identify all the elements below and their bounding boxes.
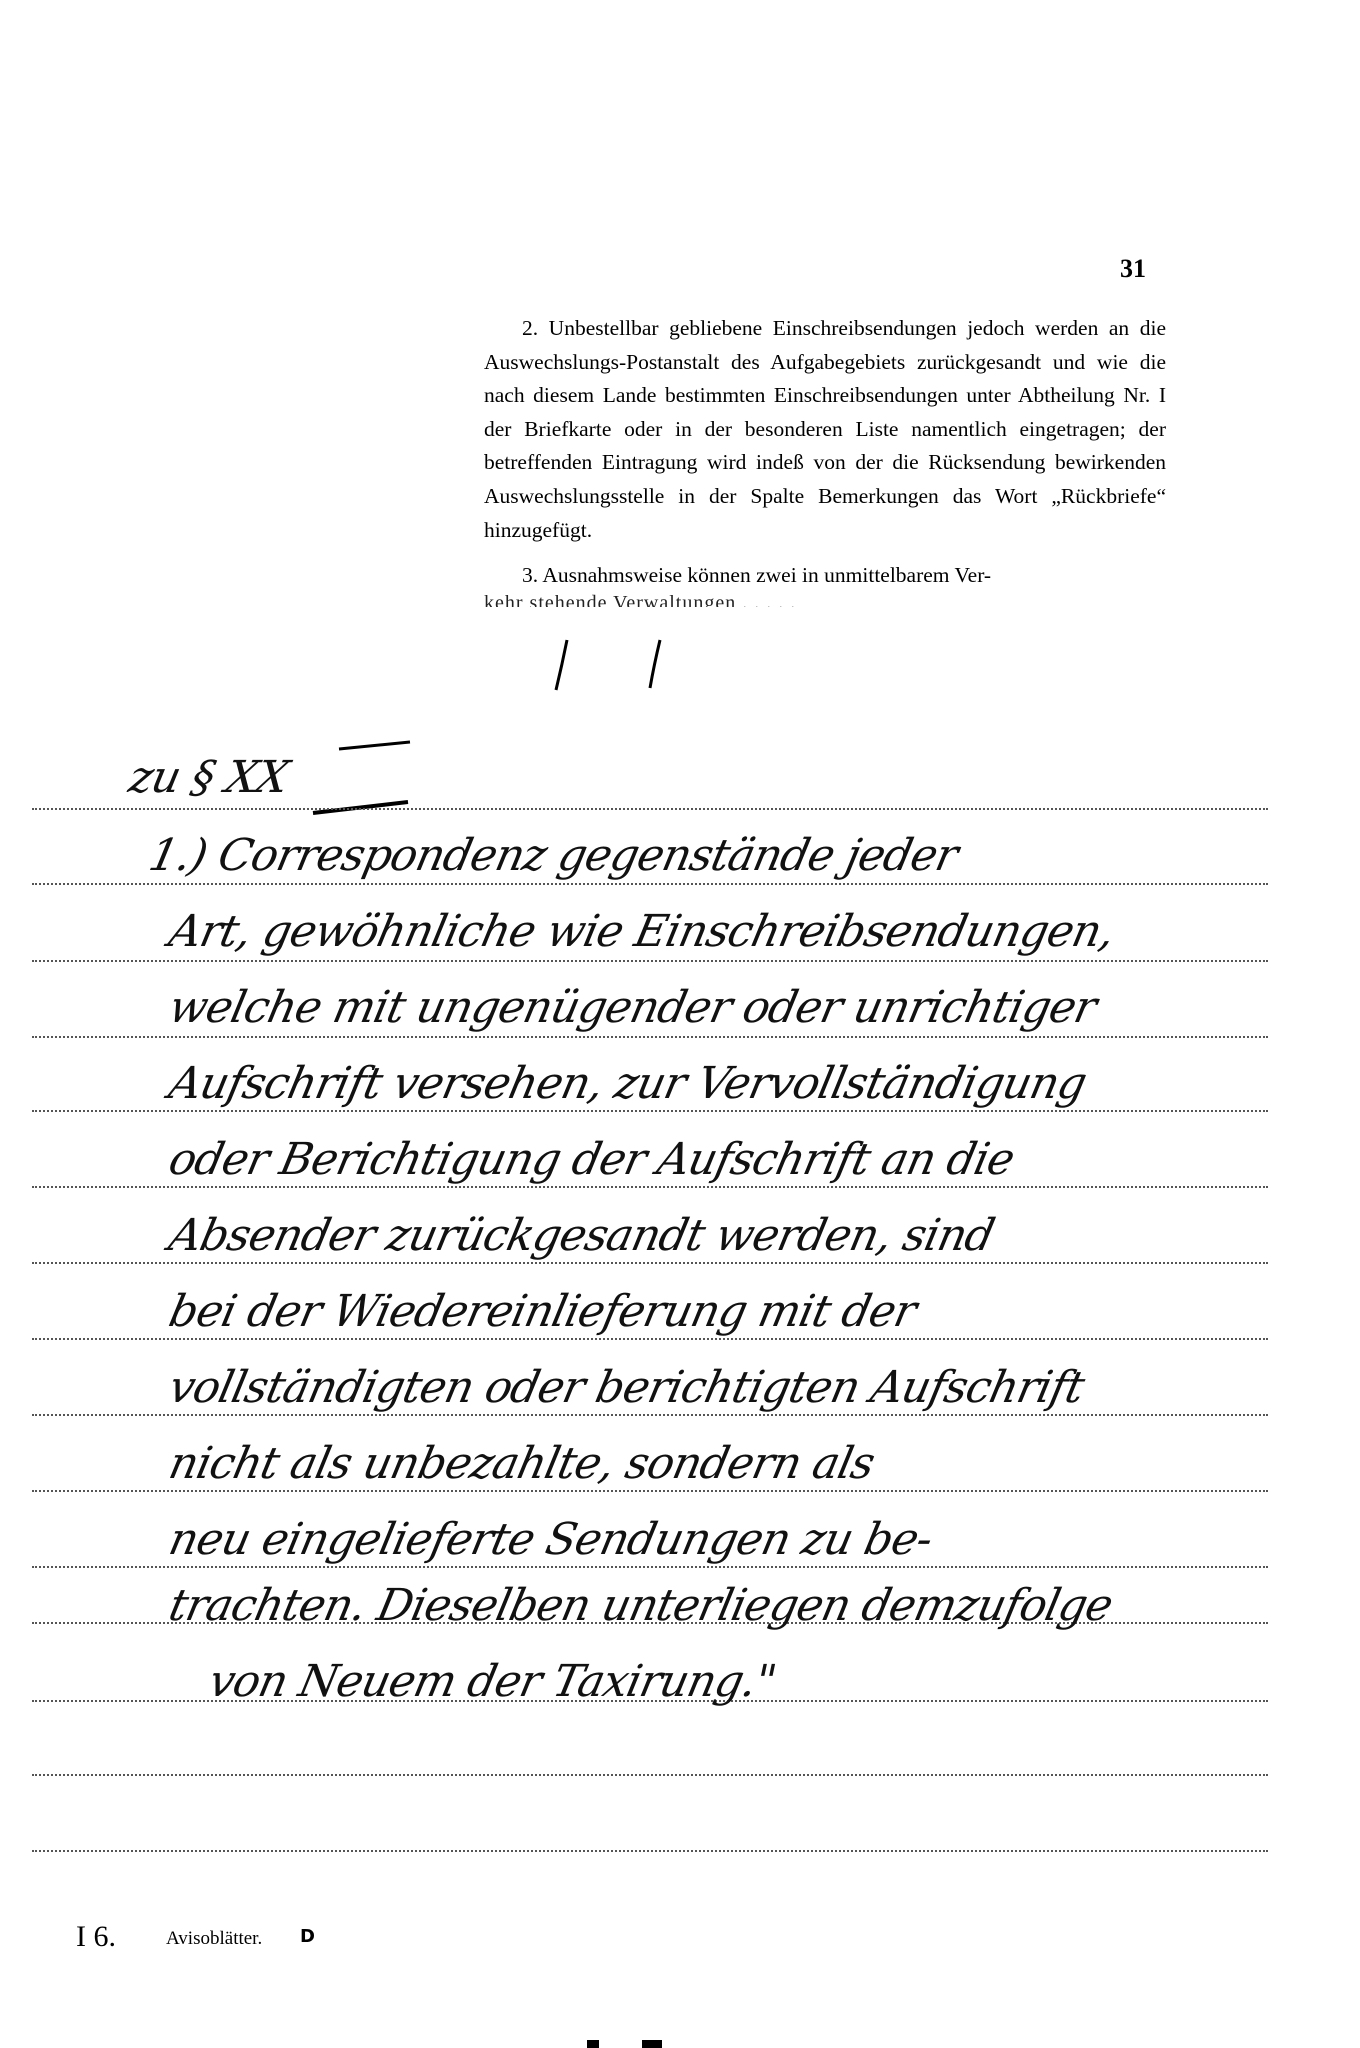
ruled-line — [32, 1036, 1268, 1038]
ruled-line — [32, 808, 1268, 810]
ruled-line — [32, 1490, 1268, 1492]
ruled-line — [32, 960, 1268, 962]
handwritten-line: Aufschrift versehen, zur Vervollständigu… — [165, 1058, 1336, 1109]
footer-signature: I 6. — [76, 1920, 116, 1954]
ruled-line — [32, 1338, 1268, 1340]
handwritten-line: neu eingelieferte Sendungen zu be- — [165, 1514, 1336, 1565]
handwritten-line: bei der Wiedereinlieferung mit der — [165, 1286, 1336, 1337]
cut-off-glyph — [642, 2040, 662, 2048]
ruled-line — [32, 883, 1268, 885]
handwritten-line: oder Berichtigung der Aufschrift an die — [165, 1134, 1336, 1185]
handwritten-line: Art, gewöhnliche wie Einschreibsendungen… — [165, 906, 1336, 957]
ruled-line — [32, 1414, 1268, 1416]
handwritten-line: welche mit ungenügender oder unrichtiger — [165, 982, 1336, 1033]
handwritten-line: trachten. Dieselben unterliegen demzufol… — [165, 1580, 1336, 1631]
handwritten-line: Absender zurückgesandt werden, sind — [165, 1210, 1336, 1261]
footer-mark: D — [300, 1926, 315, 1947]
ruled-line — [32, 1850, 1268, 1852]
handwritten-line: von Neuem der Taxirung." — [205, 1656, 1360, 1707]
footer-label: Avisoblätter. — [166, 1928, 262, 1950]
handwritten-heading: zu § XX — [125, 752, 1296, 803]
handwritten-line: nicht als unbezahlte, sondern als — [165, 1438, 1336, 1489]
ruled-line — [32, 1262, 1268, 1264]
handwritten-line: vollständigten oder berichtigten Aufschr… — [165, 1362, 1336, 1413]
handwritten-line: 1.) Correspondenz gegenstände jeder — [145, 830, 1316, 881]
ruled-line — [32, 1110, 1268, 1112]
ruled-line — [32, 1774, 1268, 1776]
ruled-line — [32, 1566, 1268, 1568]
ruled-line — [32, 1186, 1268, 1188]
cut-off-glyph — [587, 2040, 599, 2048]
